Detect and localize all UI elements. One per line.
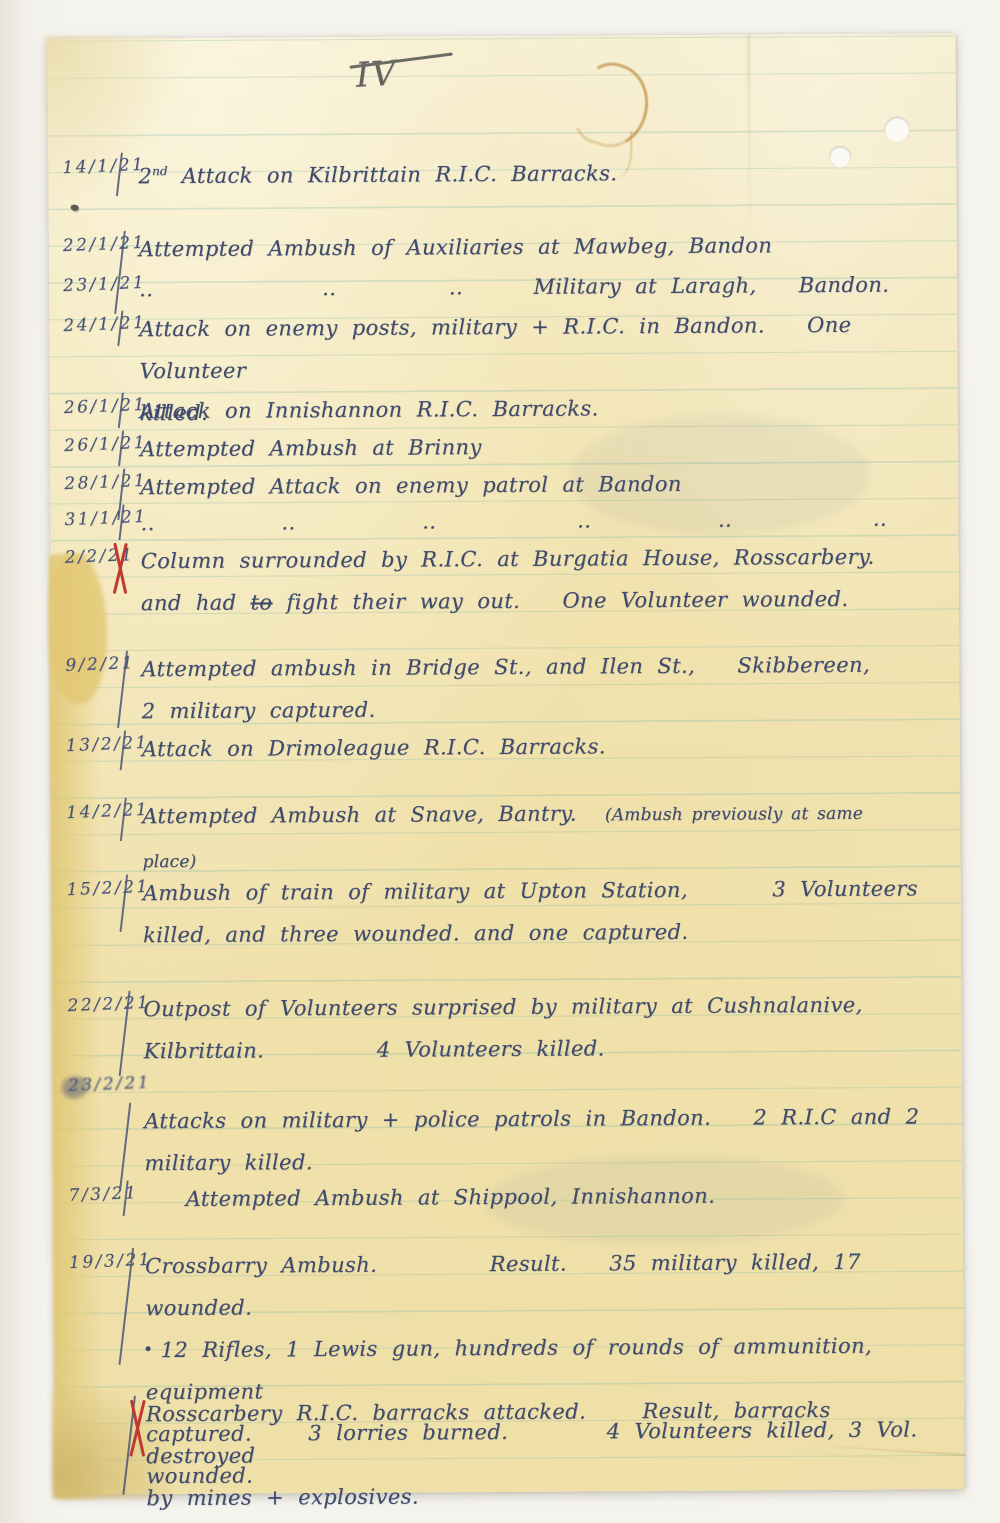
- entry-text: Attempted Ambush at Shippool, Innishanno…: [186, 1173, 925, 1220]
- entry-date: 26/1/21: [63, 395, 147, 418]
- entry-text: Column surrounded by R.I.C. at Burgatia …: [141, 535, 921, 582]
- entry-text: Kilbrittain. 4 Volunteers killed.: [144, 1025, 924, 1072]
- log-entry: 22/1/21 Attempted Ambush of Auxiliaries …: [49, 223, 957, 229]
- entry-text: Rosscarbery R.I.C. barracks attacked. Re…: [146, 1388, 926, 1477]
- log-entry: 14/2/21 Attempted Ambush at Snave, Bantr…: [52, 790, 960, 796]
- entry-date: 22/1/21: [62, 233, 146, 256]
- red-x-mark: [128, 1399, 146, 1457]
- scanned-document-page: { "page": { "title_numeral": "IV", "desc…: [0, 0, 1000, 1523]
- entry-date: 24/1/21: [63, 313, 147, 336]
- page-number-numeral: IV: [355, 49, 467, 95]
- log-entry: 19/3/21 Crossbarry Ambush. Result. 35 mi…: [55, 1240, 963, 1246]
- entry-text: Attack on enemy posts, military + R.I.C.…: [139, 303, 919, 392]
- entry-date: 23/1/21: [63, 273, 147, 296]
- paper-crease: [748, 34, 751, 249]
- entry-bracket-mark: [119, 1103, 131, 1189]
- paper-sheet: IV 14/1/21 2nd Attack on Kilbrittain R.I…: [48, 33, 965, 1495]
- entry-text: killed, and three wounded. and one captu…: [143, 909, 923, 956]
- entry-date: 23/2/21: [68, 1073, 152, 1096]
- entry-date: 14/2/21: [66, 800, 150, 823]
- entry-date: 14/1/21: [62, 155, 146, 178]
- entry-date: 15/2/21: [66, 877, 150, 900]
- log-entry: 22/2/21 Outpost of Volunteers surprised …: [53, 983, 961, 989]
- entry-text: Ambush of train of military at Upton Sta…: [143, 867, 923, 914]
- entry-text: Crossbarry Ambush. Result. 35 military k…: [145, 1240, 925, 1329]
- entry-date: 26/1/21: [64, 433, 148, 456]
- entry-date: 31/1/21: [64, 507, 148, 530]
- entry-text: 2nd Attack on Kilbrittain R.I.C. Barrack…: [138, 145, 918, 197]
- entry-date: 22/2/21: [67, 993, 151, 1016]
- entry-text: Outpost of Volunteers surprised by milit…: [143, 983, 923, 1030]
- log-entry: 9/2/21 Attempted ambush in Bridge St., a…: [51, 643, 959, 649]
- entry-date: 28/1/21: [64, 471, 148, 494]
- hole-punch: [884, 117, 910, 143]
- entry-text: and had to fight their way out. One Volu…: [141, 577, 921, 624]
- entry-text: Attack on Drimoleague R.I.C. Barracks.: [142, 723, 922, 770]
- red-x-mark: [111, 542, 129, 594]
- entry-text: Attempted ambush in Bridge St., and Ilen…: [141, 643, 921, 690]
- struck-word: to: [250, 590, 272, 614]
- entry-text: by mines + explosives.: [146, 1472, 926, 1519]
- entry-date: 7/3/21: [68, 1183, 138, 1206]
- bullet-mark: [146, 1346, 151, 1351]
- entry-date: 13/2/21: [65, 733, 149, 756]
- entry-text: Attacks on military + police patrols in …: [144, 1095, 924, 1142]
- entry-date: 19/3/21: [69, 1250, 153, 1273]
